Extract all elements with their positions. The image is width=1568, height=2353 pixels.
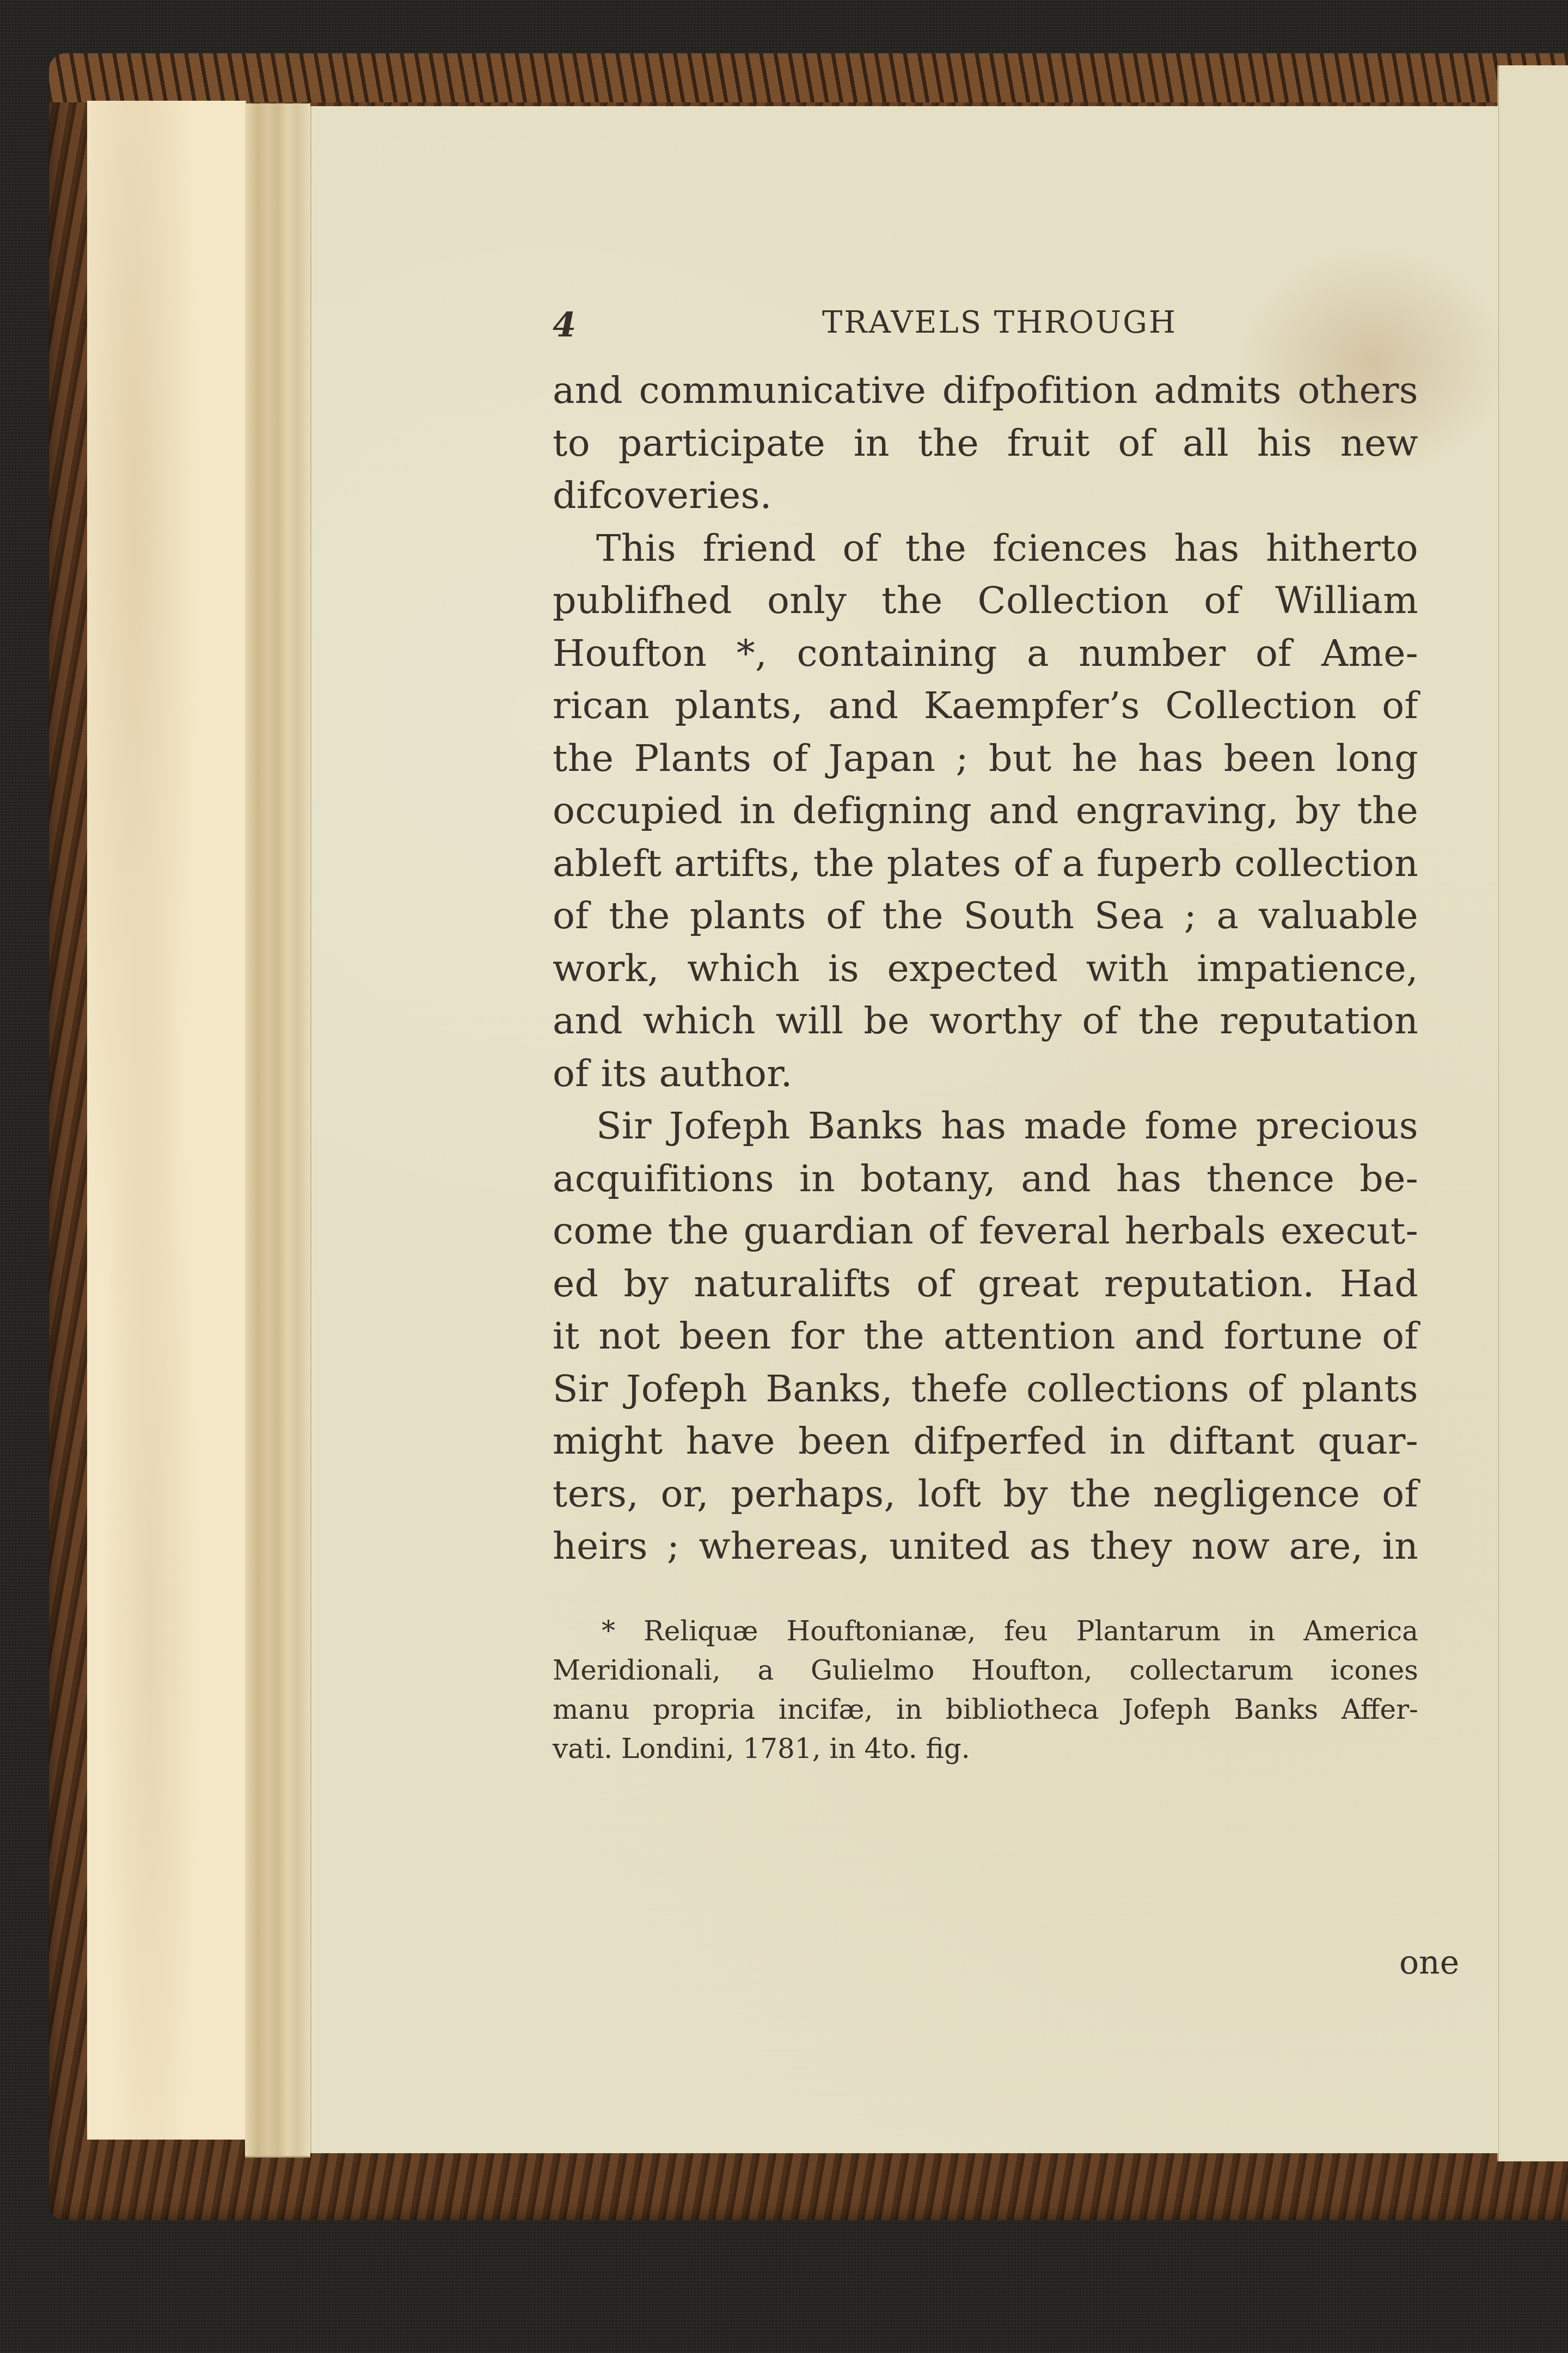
running-head-title: TRAVELS THROUGH bbox=[822, 305, 1177, 340]
body-line: difcoveries. bbox=[553, 470, 1418, 523]
body-line: of the plants of the South Sea ; a valua… bbox=[553, 890, 1418, 943]
body-line: it not been for the attention and fortun… bbox=[553, 1310, 1418, 1363]
body-line: ed by naturalifts of great reputation. H… bbox=[553, 1258, 1418, 1311]
footnote-line: * Reliquæ Houftonianæ, feu Plantarum in … bbox=[553, 1611, 1418, 1651]
page-number: 4 bbox=[553, 305, 576, 345]
footnote: * Reliquæ Houftonianæ, feu Plantarum in … bbox=[553, 1611, 1418, 1768]
body-line: might have been difperfed in diftant qua… bbox=[553, 1416, 1418, 1468]
running-head: 4 TRAVELS THROUGH bbox=[553, 305, 1418, 365]
page-edges-stack bbox=[245, 103, 310, 2158]
body-line: to participate in the fruit of all his n… bbox=[553, 418, 1418, 470]
body-line: Sir Jofeph Banks, thefe collections of p… bbox=[553, 1363, 1418, 1416]
book-spine-edge bbox=[49, 53, 1568, 102]
body-line: of its author. bbox=[553, 1048, 1418, 1101]
body-line: work, which is expected with impatience, bbox=[553, 943, 1418, 996]
footnote-line: manu propria incifæ, in bibliotheca Jofe… bbox=[553, 1690, 1418, 1729]
body-line: come the guardian of feveral herbals exe… bbox=[553, 1205, 1418, 1258]
page-text-block: 4 TRAVELS THROUGH and communicative difp… bbox=[553, 305, 1418, 1768]
body-line: and communicative difpofition admits oth… bbox=[553, 365, 1418, 418]
body-line: and which will be worthy of the reputati… bbox=[553, 995, 1418, 1048]
body-line: the Plants of Japan ; but he has been lo… bbox=[553, 733, 1418, 786]
body-line: publifhed only the Collection of William bbox=[553, 575, 1418, 628]
body-line: Sir Jofeph Banks has made fome precious bbox=[553, 1100, 1418, 1153]
endpaper-leaf bbox=[87, 101, 246, 2140]
body-line: heirs ; whereas, united as they now are,… bbox=[553, 1521, 1418, 1573]
body-line: ableft artifts, the plates of a fuperb c… bbox=[553, 838, 1418, 891]
body-line: This friend of the fciences has hitherto bbox=[553, 523, 1418, 575]
footnote-line: vati. Londini, 1781, in 4to. fig. bbox=[553, 1729, 1418, 1768]
body-line: ters, or, perhaps, loft by the negligenc… bbox=[553, 1468, 1418, 1521]
body-line: Houfton *, containing a number of Ame- bbox=[553, 628, 1418, 681]
body-line: occupied in defigning and engraving, by … bbox=[553, 785, 1418, 838]
facing-page-edge bbox=[1497, 65, 1568, 2161]
body-line: rican plants, and Kaempfer’s Collection … bbox=[553, 680, 1418, 733]
footnote-line: Meridionali, a Gulielmo Houfton, collect… bbox=[553, 1651, 1418, 1690]
body-text: and communicative difpofition admits oth… bbox=[553, 365, 1418, 1573]
catchword: one bbox=[1399, 1944, 1459, 1982]
body-line: acquifitions in botany, and has thence b… bbox=[553, 1153, 1418, 1206]
